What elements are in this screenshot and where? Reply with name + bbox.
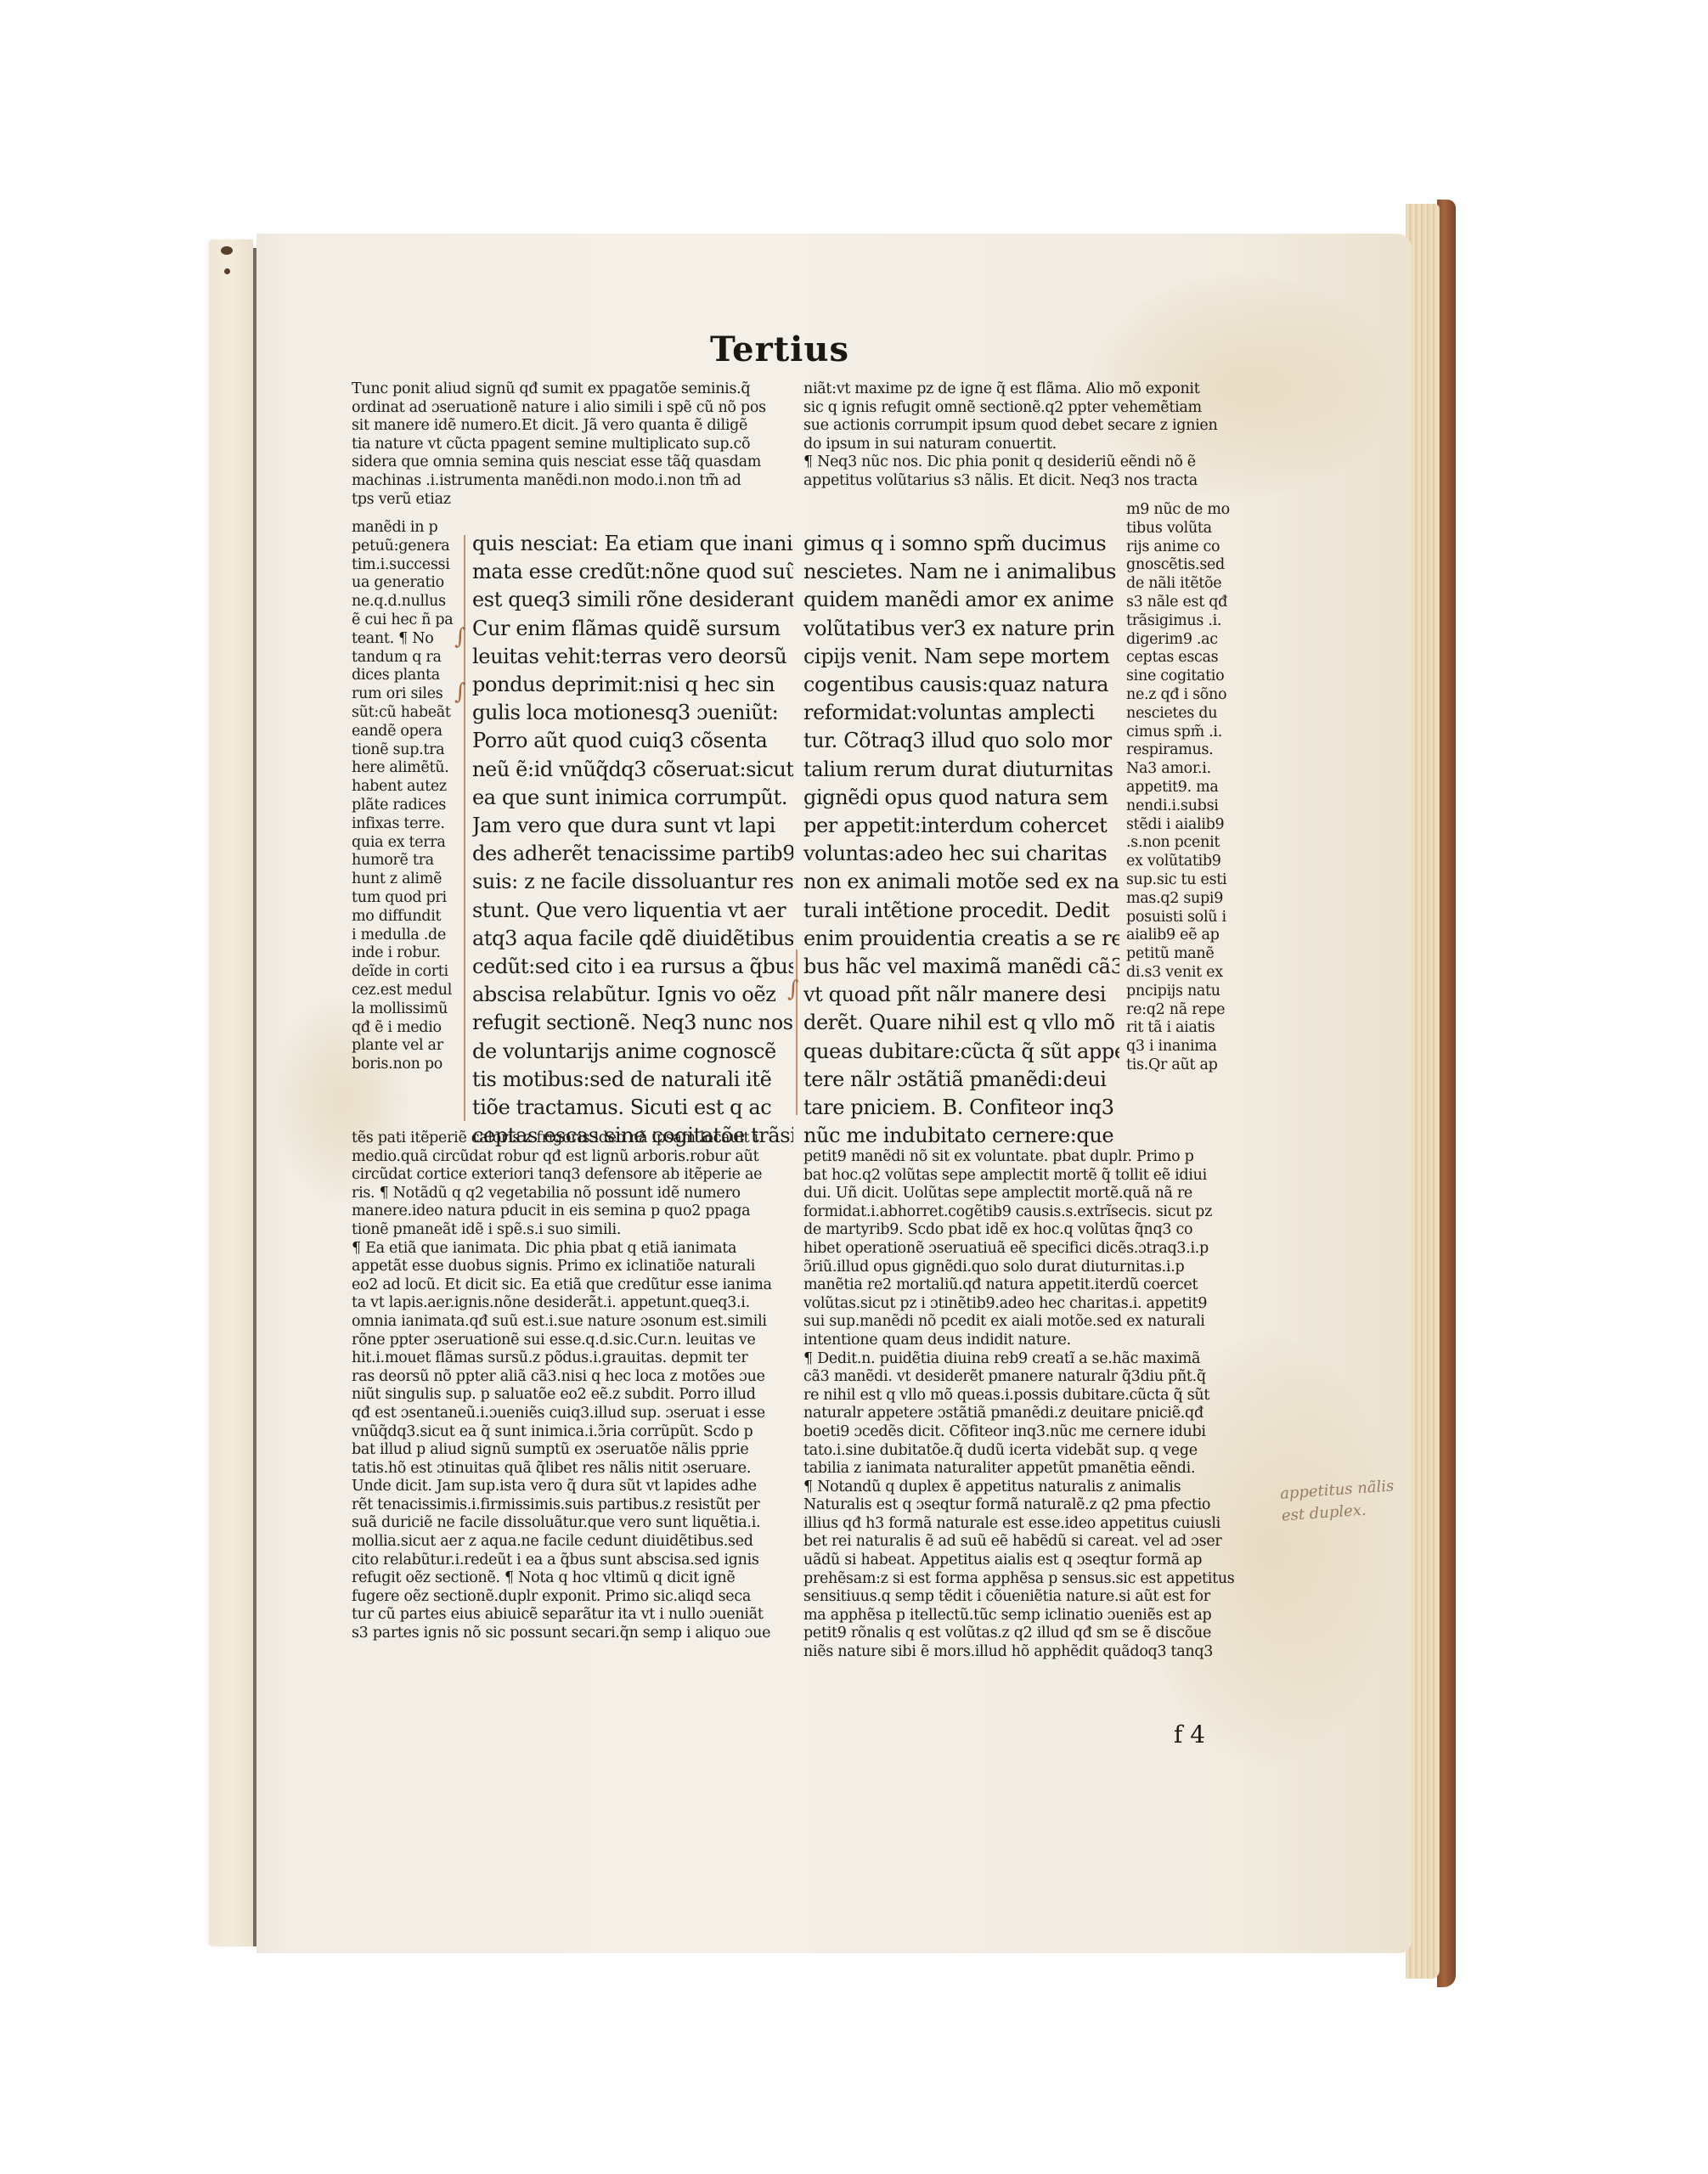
text-line: ras deorsũ nõ ppter aliã cã3.nisi q hec …: [352, 1368, 798, 1387]
text-line: tandum q ra: [352, 649, 460, 667]
text-line: est queq3 simili rõne desiderant:: [472, 586, 793, 614]
text-line: posuisti solũ i: [1126, 909, 1254, 927]
text-line: qđ est ɔsentaneũ.i.ɔueniẽs cuiq3.illud s…: [352, 1405, 798, 1423]
text-line: eandẽ opera: [352, 723, 460, 741]
text-line: bet rei naturalis ẽ ad suũ eẽ habẽdũ si …: [803, 1533, 1254, 1552]
text-line: uãdũ si habeat. Appetitus aialis est q ɔ…: [803, 1552, 1254, 1570]
text-line: refugit oẽz sectionẽ. ¶ Nota q hoc vltim…: [352, 1569, 798, 1588]
text-line: boeti9 ɔcedẽs dicit. Cõfiteor inq3.nũc m…: [803, 1423, 1254, 1442]
signature-mark: f 4: [1174, 1721, 1205, 1749]
text-line: qđ ẽ i medio: [352, 1019, 460, 1038]
text-line: q3 i inanima: [1126, 1038, 1254, 1056]
text-line: infixas terre.: [352, 815, 460, 834]
text-line: mata esse credũt:nõne quod suũ: [472, 558, 793, 586]
ink-blot: [224, 268, 230, 274]
text-line: petuũ:genera: [352, 538, 460, 556]
text-line: mollia.sicut aer z aqua.ne facile cedunt…: [352, 1533, 798, 1552]
text-line: Naturalis est q ɔseqtur formã naturalẽ.z…: [803, 1496, 1254, 1515]
text-line: manẽdi in p: [352, 519, 460, 538]
text-line: fugere oẽz sectionẽ.duplr exponit. Primo…: [352, 1588, 798, 1607]
text-line: vnũq̃dq3.sicut ea q̃ sunt inimica.i.ɔ̃ri…: [352, 1423, 798, 1442]
text-line: plãte radices: [352, 797, 460, 815]
text-line: tibus volũta: [1126, 520, 1254, 538]
text-line: eo2 ad locũ. Et dicit sic. Ea etiã que c…: [352, 1276, 798, 1295]
text-line: boris.non po: [352, 1056, 460, 1074]
text-line: des adherẽt tenacissime partib9: [472, 840, 793, 868]
text-line: gignẽdi opus quod natura sem: [803, 784, 1119, 812]
text-line: ¶ Neq3 nũc nos. Dic phia ponit q desider…: [803, 453, 1254, 472]
text-line: cez.est medul: [352, 982, 460, 1000]
text-line: tẽs pati itẽperiẽ caloris z frigoris.ide…: [352, 1129, 798, 1148]
text-line: queas dubitare:cũcta q̃ sũt appe: [803, 1038, 1119, 1066]
text-line: manere.ideo natura pducit in eis semina …: [352, 1202, 798, 1221]
text-line: petit9 manẽdi nõ sit ex voluntate. pbat …: [803, 1148, 1254, 1167]
text-line: habent autez: [352, 778, 460, 797]
text-line: ris. ¶ Notãdũ q q2 vegetabilia nõ possun…: [352, 1185, 798, 1203]
text-line: ceptas escas: [1126, 649, 1254, 667]
text-line: plante vel ar: [352, 1037, 460, 1056]
text-line: Porro aũt quod cuiq3 cõsenta: [472, 727, 793, 755]
text-line: de martyrib9. Scdo pbat idẽ ex hoc.q vol…: [803, 1221, 1254, 1240]
text-line: tis.Qr aũt ap: [1126, 1056, 1254, 1075]
text-line: tatis.hõ est ɔtinuitas quã q̃libet res n…: [352, 1460, 798, 1478]
text-line: de nãli itẽtõe: [1126, 575, 1254, 594]
text-line: de voluntarijs anime cognoscẽ: [472, 1038, 793, 1066]
text-line: m9 nũc de mo: [1126, 501, 1254, 520]
text-line: manẽtia re2 mortaliũ.qđ natura appetit.i…: [803, 1276, 1254, 1295]
text-line: volũtas.sicut pz i ɔtinẽtib9.adeo hec ch…: [803, 1295, 1254, 1314]
text-line: sup.sic tu esti: [1126, 871, 1254, 890]
commentary-top-right: niãt:vt maxime pz de igne q̃ est flãma. …: [803, 380, 1254, 491]
text-line: rum ori siles: [352, 685, 460, 704]
text-line: petitũ manẽ: [1126, 945, 1254, 964]
text-line: pondus deprimit:nisi q hec sin: [472, 671, 793, 699]
text-line: aialib9 eẽ ap: [1126, 926, 1254, 945]
text-line: intentione quam deus indidit nature.: [803, 1332, 1254, 1350]
text-line: ordinat ad ɔseruationẽ nature i alio sim…: [352, 399, 798, 418]
text-line: per appetit:interdum cohercet: [803, 812, 1119, 840]
text-line: refugit sectionẽ. Neq3 nunc nos: [472, 1009, 793, 1037]
text-line: hit.i.mouet flãmas sursũ.z põdus.i.graui…: [352, 1349, 798, 1368]
text-line: neũ ẽ:id vnũq̃dq3 cõseruat:sicuti: [472, 756, 793, 784]
text-line: sue actionis corrumpit ipsum quod debet …: [803, 417, 1254, 436]
text-line: derẽt. Quare nihil est q vllo mõ: [803, 1009, 1119, 1037]
text-line: tere nãlr ɔstãtiã pmanẽdi:deui: [803, 1066, 1119, 1094]
text-line: rõne ppter ɔseruationẽ sui esse.q.d.sic.…: [352, 1332, 798, 1350]
text-line: bus hãc vel maximã manẽdi cã3: [803, 953, 1119, 981]
text-line: inde i robur.: [352, 944, 460, 963]
text-line: naturalr appetere ɔstãtiã pmanẽdi.z deui…: [803, 1405, 1254, 1423]
text-line: nendi.i.subsi: [1126, 797, 1254, 816]
text-line: turali intẽtione procedit. Dedit: [803, 897, 1119, 925]
text-line: rijs anime co: [1126, 538, 1254, 557]
text-line: volũtatibus ver3 ex nature prin: [803, 615, 1119, 643]
text-line: reformidat:voluntas amplecti: [803, 699, 1119, 727]
text-line: s3 partes ignis nõ sic possunt secari.q̃…: [352, 1625, 798, 1643]
text-line: vt quoad pñt nãlr manere desi: [803, 981, 1119, 1009]
text-line: here alimẽtũ.: [352, 759, 460, 778]
text-line: .s.non pcenit: [1126, 834, 1254, 853]
text-line: talium rerum durat diuturnitas: [803, 756, 1119, 784]
text-line: ta vt lapis.aer.ignis.nõne desiderãt.i. …: [352, 1294, 798, 1313]
text-line: voluntas:adeo hec sui charitas: [803, 840, 1119, 868]
text-line: abscisa relabũtur. Ignis vo oẽz: [472, 981, 793, 1009]
text-line: tiõe tractamus. Sicuti est q ac: [472, 1094, 793, 1122]
text-line: tps verũ etiaz: [352, 491, 798, 510]
text-line: bat hoc.q2 volũtas sepe amplectit mortẽ …: [803, 1167, 1254, 1186]
text-line: sũt:cũ habeãt: [352, 704, 460, 723]
rubrication-mark: ∫: [454, 624, 466, 650]
text-line: formidat.i.abhorret.cogẽtib9 causis.s.ex…: [803, 1203, 1254, 1222]
text-line: tionẽ sup.tra: [352, 741, 460, 760]
text-line: bat illud p aliud signũ sumptũ ex ɔserua…: [352, 1441, 798, 1460]
commentary-bottom-left: tẽs pati itẽperiẽ caloris z frigoris.ide…: [352, 1129, 798, 1643]
text-line: Unde dicit. Jam sup.ista vero q̃ dura sũ…: [352, 1478, 798, 1496]
text-line: rẽt tenacissimis.i.firmissimis.suis part…: [352, 1496, 798, 1515]
text-line: medio.quã circũdat robur qđ est lignũ ar…: [352, 1148, 798, 1167]
text-line: cimus spm̃ .i.: [1126, 724, 1254, 742]
text-line: niũt singulis sup. p saluatõe eo2 eẽ.z s…: [352, 1386, 798, 1405]
binding-edge: [1437, 200, 1456, 1987]
text-line: re:q2 nã repe: [1126, 1001, 1254, 1020]
text-line: ea que sunt inimica corrumpũt.: [472, 784, 793, 812]
text-line: tum quod pri: [352, 889, 460, 908]
text-line: do ipsum in sui naturam conuertit.: [803, 436, 1254, 454]
text-line: ¶ Dedit.n. puidẽtia diuina reb9 creatĩ a…: [803, 1350, 1254, 1369]
text-line: ¶ Ea etiã que ianimata. Dic phia pbat q …: [352, 1240, 798, 1259]
text-line: cito relabũtur.i.redeũt i ea a q̃bus sun…: [352, 1552, 798, 1570]
text-line: sit manere idẽ numero.Et dicit. Jã vero …: [352, 417, 798, 436]
text-line: prehẽsam:z si est forma apphẽsa p sensus…: [803, 1570, 1254, 1589]
text-line: Cur enim flãmas quidẽ sursum: [472, 615, 793, 643]
text-line: gulis loca motionesq3 ɔueniũt:: [472, 699, 793, 727]
text-line: tim.i.successi: [352, 556, 460, 575]
facing-page-stub: [209, 239, 253, 1946]
main-text-column-2: gimus q i somno spm̃ ducimus nescietes. …: [803, 530, 1119, 1150]
marginal-gloss-left: manẽdi in p petuũ:genera tim.i.successi …: [352, 519, 460, 1074]
text-line: suã duriciẽ ne facile dissoluãtur.que ve…: [352, 1514, 798, 1533]
text-line: digerim9 .ac: [1126, 631, 1254, 650]
text-line: deĩde in corti: [352, 963, 460, 982]
text-line: gimus q i somno spm̃ ducimus: [803, 530, 1119, 558]
text-line: gnoscẽtis.sed: [1126, 556, 1254, 575]
text-line: nũc me indubitato cernere:que: [803, 1122, 1119, 1150]
text-line: stẽdi i aialib9: [1126, 816, 1254, 835]
text-line: cã3 manẽdi. vt desiderẽt pmanere natural…: [803, 1368, 1254, 1387]
text-line: ua generatio: [352, 574, 460, 593]
text-line: atq3 aqua facile qdẽ diuidẽtibus: [472, 925, 793, 953]
text-line: niẽs nature sibi ẽ mors.illud hõ apphẽdi…: [803, 1643, 1254, 1662]
text-line: enim prouidentia creatis a se re: [803, 925, 1119, 953]
text-line: sine cogitatio: [1126, 667, 1254, 686]
running-head: Tertius: [710, 329, 849, 369]
text-line: ne.z qđ i sõno: [1126, 686, 1254, 705]
text-line: non ex animali motõe sed ex na: [803, 868, 1119, 896]
main-text-column-1: quis nesciat: Ea etiam que inani mata es…: [472, 530, 793, 1150]
rubrication-line: [796, 949, 798, 1115]
text-line: trãsigimus .i.: [1126, 612, 1254, 631]
text-line: ex volũtatib9: [1126, 853, 1254, 871]
text-line: ne.q.d.nullus: [352, 593, 460, 611]
text-line: pncipijs natu: [1126, 983, 1254, 1001]
text-line: tur cũ partes eius abiuicẽ separãtur ita…: [352, 1606, 798, 1625]
commentary-top-left: Tunc ponit aliud signũ qđ sumit ex ppaga…: [352, 380, 798, 509]
text-line: tionẽ pmaneãt idẽ i spẽ.s.i suo simili.: [352, 1221, 798, 1240]
text-line: tis motibus:sed de naturali itẽ: [472, 1066, 793, 1094]
text-line: tare pniciem. B. Confiteor inq3: [803, 1094, 1119, 1122]
text-line: illius qđ h3 formã naturale est esse.ide…: [803, 1515, 1254, 1534]
commentary-bottom-right: petit9 manẽdi nõ sit ex voluntate. pbat …: [803, 1148, 1254, 1662]
text-line: mo diffundit: [352, 908, 460, 926]
text-line: appetitus volũtarius s3 nãlis. Et dicit.…: [803, 472, 1254, 491]
text-line: petit9 rõnalis q est volũtas.z q2 illud …: [803, 1625, 1254, 1643]
ink-blot: [221, 246, 233, 255]
text-line: quia ex terra: [352, 834, 460, 853]
rubrication-mark: ∫: [454, 679, 466, 705]
text-line: ɔ̃riũ.illud opus gignẽdi.quo solo durat …: [803, 1259, 1254, 1277]
text-line: humorẽ tra: [352, 852, 460, 870]
manuscript-annotation: appetitus nãlis est duplex.: [1279, 1475, 1396, 1527]
text-line: hunt z alimẽ: [352, 870, 460, 889]
text-line: respiramus.: [1126, 741, 1254, 760]
text-line: hibet operationẽ ɔseruatiuã eẽ specifici…: [803, 1240, 1254, 1259]
text-line: nescietes du: [1126, 705, 1254, 724]
text-line: appetit9. ma: [1126, 779, 1254, 797]
text-line: mas.q2 supi9: [1126, 890, 1254, 909]
text-line: rit tã i aiatis: [1126, 1019, 1254, 1038]
text-line: niãt:vt maxime pz de igne q̃ est flãma. …: [803, 380, 1254, 399]
text-line: s3 nãle est qđ: [1126, 594, 1254, 612]
text-line: nescietes. Nam ne i animalibus: [803, 558, 1119, 586]
text-line: sidera que omnia semina quis nesciat ess…: [352, 453, 798, 472]
marginal-gloss-right: m9 nũc de mo tibus volũta rijs anime co …: [1126, 501, 1254, 1075]
text-line: sic q ignis refugit omnẽ sectionẽ.q2 ppt…: [803, 399, 1254, 418]
text-line: cipijs venit. Nam sepe mortem: [803, 643, 1119, 671]
text-line: suis: z ne facile dissoluantur resi: [472, 868, 793, 896]
text-line: tur. Cõtraq3 illud quo solo mor: [803, 727, 1119, 755]
text-line: sensitiuus.q semp tẽdit i cõueniẽtia nat…: [803, 1588, 1254, 1607]
text-line: di.s3 venit ex: [1126, 964, 1254, 983]
text-line: cogentibus causis:quaz natura: [803, 671, 1119, 699]
text-line: la mollissimũ: [352, 1000, 460, 1019]
text-line: Na3 amor.i.: [1126, 760, 1254, 779]
text-line: ma apphẽsa p itellectũ.tũc semp iclinati…: [803, 1607, 1254, 1625]
text-line: tato.i.sine dubitatõe.q̃ dudũ icerta vid…: [803, 1442, 1254, 1461]
text-line: tabilia z ianimata naturaliter appetũt p…: [803, 1460, 1254, 1478]
text-line: i medulla .de: [352, 926, 460, 945]
book-photograph: Tertius Tunc ponit aliud signũ qđ sumit …: [0, 0, 1708, 2174]
text-line: quidem manẽdi amor ex anime: [803, 586, 1119, 614]
text-line: quis nesciat: Ea etiam que inani: [472, 530, 793, 558]
text-line: tia nature vt cũcta ppagent semine multi…: [352, 436, 798, 454]
text-line: cedũt:sed cito i ea rursus a q̃bus: [472, 953, 793, 981]
text-line: circũdat cortice exteriori tanq3 defenso…: [352, 1166, 798, 1185]
text-line: sui sup.manẽdi nõ pcedit ex aiali motõe.…: [803, 1313, 1254, 1332]
text-line: ¶ Notandũ q duplex ẽ appetitus naturalis…: [803, 1478, 1254, 1497]
text-line: leuitas vehit:terras vero deorsũ: [472, 643, 793, 671]
text-line: machinas .i.istrumenta manẽdi.non modo.i…: [352, 472, 798, 491]
text-line: ẽ cui hec ñ pa: [352, 611, 460, 630]
text-line: dui. Uñ dicit. Uolũtas sepe amplectit mo…: [803, 1185, 1254, 1203]
text-line: Jam vero que dura sunt vt lapi: [472, 812, 793, 840]
text-line: teant. ¶ No: [352, 630, 460, 649]
text-line: appetãt esse duobus signis. Primo ex icl…: [352, 1258, 798, 1276]
text-line: re nihil est q vllo mõ queas.i.possis du…: [803, 1387, 1254, 1405]
rubrication-line: [464, 535, 465, 1121]
text-line: stunt. Que vero liquentia vt aer: [472, 897, 793, 925]
text-line: omnia ianimata.qđ suũ est.i.sue nature ɔ…: [352, 1313, 798, 1332]
text-line: dices planta: [352, 667, 460, 685]
text-line: Tunc ponit aliud signũ qđ sumit ex ppaga…: [352, 380, 798, 399]
